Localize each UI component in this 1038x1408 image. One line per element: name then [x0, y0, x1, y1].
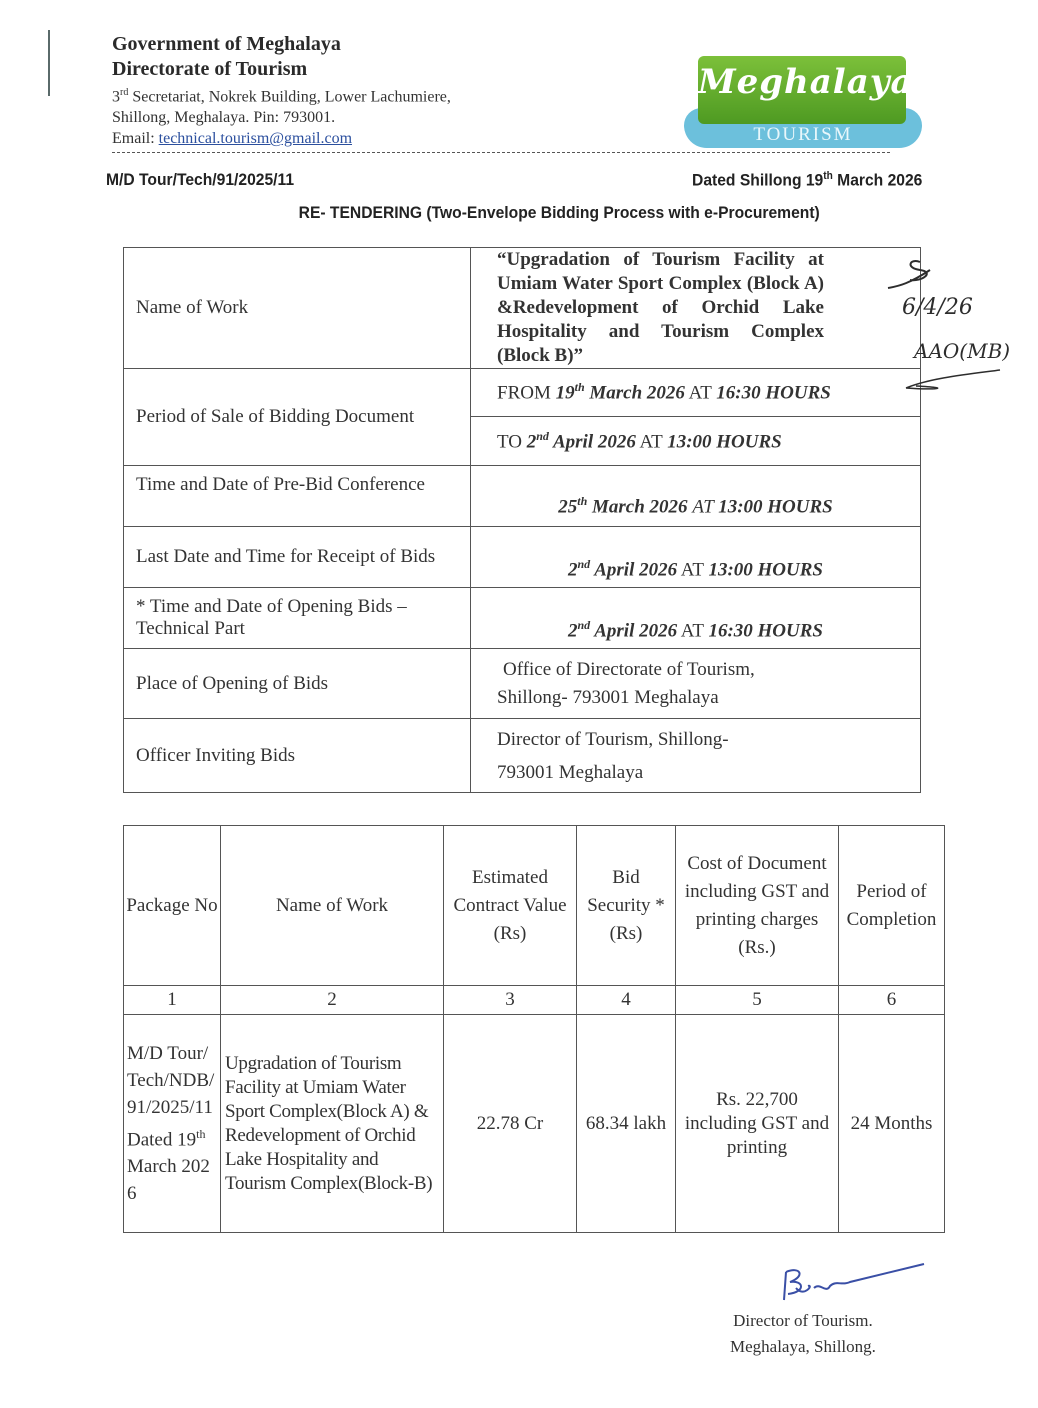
package-no-cell: M/D Tour/Tech/NDB/91/2025/11 Dated 19th … [124, 1015, 221, 1233]
sale-to-value: TO 2nd April 2026 AT 13:00 HOURS [471, 417, 921, 466]
officer-label: Officer Inviting Bids [124, 719, 471, 793]
directorate-name: Directorate of Tourism [112, 57, 451, 82]
period-cell: 24 Months [839, 1015, 945, 1233]
notice-title: RE- TENDERING (Two-Envelope Bidding Proc… [0, 203, 1038, 223]
address-line-2: Shillong, Meghalaya. Pin: 793001. [112, 107, 451, 128]
officer-value: Director of Tourism, Shillong-793001 Meg… [471, 719, 921, 793]
receipt-value: 2nd April 2026 AT 13:00 HOURS [471, 527, 921, 588]
logo-sub-text: TOURISM [684, 124, 922, 146]
receipt-label: Last Date and Time for Receipt of Bids [124, 527, 471, 588]
signatory-block: Director of Tourism. Meghalaya, Shillong… [730, 1308, 876, 1360]
margin-mark [48, 30, 50, 96]
table-row: Name of Work “Upgradation of Tourism Fac… [124, 248, 921, 369]
header-divider [112, 152, 890, 153]
name-of-work-label: Name of Work [124, 248, 471, 369]
logo-script-text: Meghalaya [698, 62, 906, 102]
opening-value: 2nd April 2026 AT 16:30 HOURS [471, 588, 921, 649]
col-num: 6 [839, 986, 945, 1015]
reference-number: M/D Tour/Tech/91/2025/11 [106, 170, 294, 190]
opening-label: * Time and Date of Opening Bids – Techni… [124, 588, 471, 649]
name-of-work-cell: Upgradation of Tourism Facility at Umiam… [221, 1015, 444, 1233]
sale-from-value: FROM 19th March 2026 AT 16:30 HOURS [471, 369, 921, 417]
header-bid-security: Bid Security *(Rs) [577, 826, 676, 986]
name-of-work-value: “Upgradation of Tourism Facility at Umia… [471, 248, 921, 369]
column-number-row: 1 2 3 4 5 6 [124, 986, 945, 1015]
header-estimated-value: Estimated Contract Value (Rs) [444, 826, 577, 986]
table-row: M/D Tour/Tech/NDB/91/2025/11 Dated 19th … [124, 1015, 945, 1233]
table-row: Place of Opening of Bids Office of Direc… [124, 649, 921, 719]
handwritten-annotation: 6/4/26 AAO(MB) [880, 248, 1020, 398]
place-label: Place of Opening of Bids [124, 649, 471, 719]
government-name: Government of Meghalaya [112, 32, 451, 57]
table-header-row: Package No Name of Work Estimated Contra… [124, 826, 945, 986]
header-cost-of-document: Cost of Document including GST and print… [676, 826, 839, 986]
col-num: 1 [124, 986, 221, 1015]
col-num: 5 [676, 986, 839, 1015]
email-link[interactable]: technical.tourism@gmail.com [159, 130, 352, 147]
col-num: 2 [221, 986, 444, 1015]
place-value: Office of Directorate of Tourism,Shillon… [471, 649, 921, 719]
prebid-label: Time and Date of Pre-Bid Conference [124, 466, 471, 527]
tender-details-table: Name of Work “Upgradation of Tourism Fac… [123, 247, 921, 793]
bid-security-cell: 68.34 lakh [577, 1015, 676, 1233]
signatory-location: Meghalaya, Shillong. [730, 1334, 876, 1360]
signatory-title: Director of Tourism. [730, 1308, 876, 1334]
svg-text:6/4/26: 6/4/26 [902, 295, 973, 320]
dated-line: Dated Shillong 19th March 2026 [692, 170, 922, 191]
email-line: Email: technical.tourism@gmail.com [112, 128, 451, 149]
letterhead: Government of Meghalaya Directorate of T… [112, 32, 451, 149]
signature [770, 1258, 930, 1308]
cost-of-document-cell: Rs. 22,700 including GST and printing [676, 1015, 839, 1233]
table-row: Period of Sale of Bidding Document FROM … [124, 369, 921, 417]
address-line-1: 3rd Secretariat, Nokrek Building, Lower … [112, 82, 451, 107]
table-row: Officer Inviting Bids Director of Touris… [124, 719, 921, 793]
svg-text:AAO(MB): AAO(MB) [912, 339, 1010, 363]
package-table: Package No Name of Work Estimated Contra… [123, 825, 945, 1233]
sale-period-label: Period of Sale of Bidding Document [124, 369, 471, 466]
table-row: Time and Date of Pre-Bid Conference 25th… [124, 466, 921, 527]
header-period: Period of Completion [839, 826, 945, 986]
meghalaya-tourism-logo: Meghalaya TOURISM [684, 56, 922, 148]
table-row: Last Date and Time for Receipt of Bids 2… [124, 527, 921, 588]
table-row: * Time and Date of Opening Bids – Techni… [124, 588, 921, 649]
col-num: 4 [577, 986, 676, 1015]
header-package-no: Package No [124, 826, 221, 986]
estimated-value-cell: 22.78 Cr [444, 1015, 577, 1233]
col-num: 3 [444, 986, 577, 1015]
header-name-of-work: Name of Work [221, 826, 444, 986]
prebid-value: 25th March 2026 AT 13:00 HOURS [471, 466, 921, 527]
